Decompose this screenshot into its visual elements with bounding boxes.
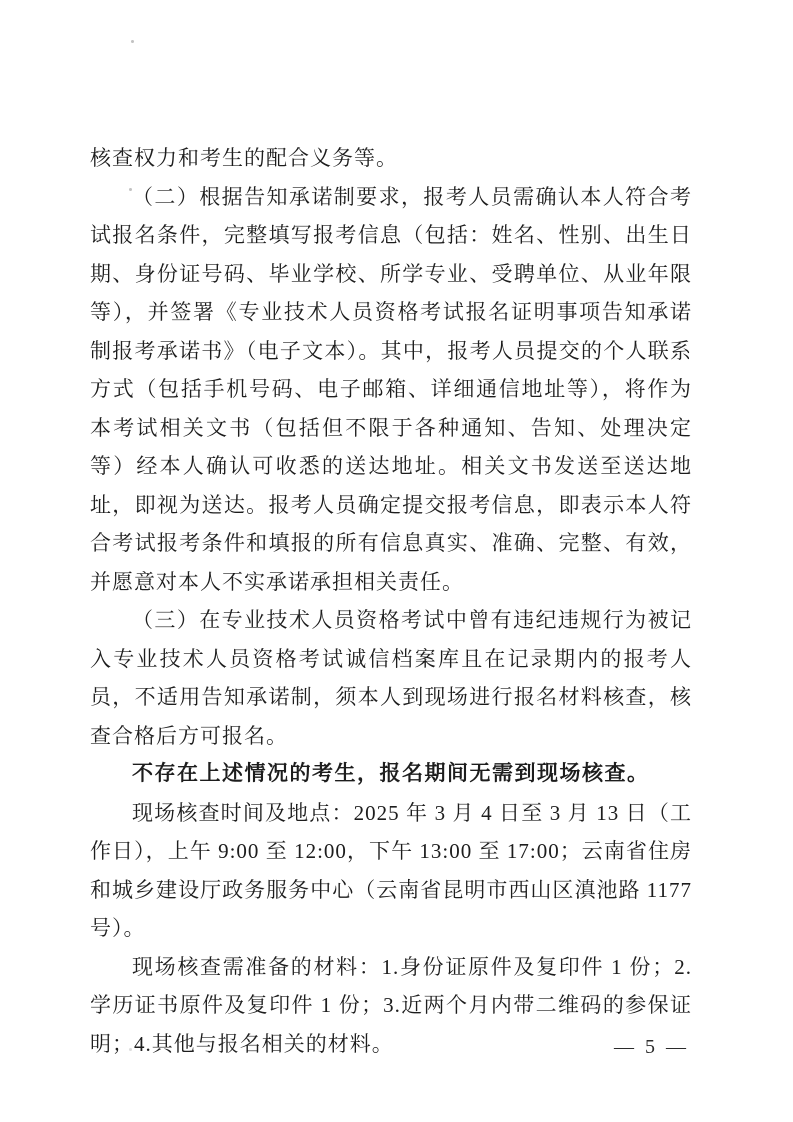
scan-speck (131, 40, 134, 43)
paragraph-item-3: （三）在专业技术人员资格考试中曾有违纪违规行为被记入专业技术人员资格考试诚信档案… (90, 601, 692, 755)
paragraph-continuation: 核查权力和考生的配合义务等。 (90, 139, 692, 178)
page-number: — 5 — (614, 1036, 689, 1059)
paragraph-required-materials: 现场核查需准备的材料：1.身份证原件及复印件 1 份；2.学历证书原件及复印件 … (90, 948, 692, 1064)
paragraph-onsite-check-time: 现场核查时间及地点：2025 年 3 月 4 日至 3 月 13 日（工作日），… (90, 794, 692, 948)
paragraph-item-2: （二）根据告知承诺制要求，报考人员需确认本人符合考试报名条件，完整填写报考信息（… (90, 178, 692, 602)
paragraph-bold-notice: 不存在上述情况的考生，报名期间无需到现场核查。 (90, 755, 692, 794)
document-page: 核查权力和考生的配合义务等。 （二）根据告知承诺制要求，报考人员需确认本人符合考… (0, 0, 793, 1122)
document-body: 核查权力和考生的配合义务等。 （二）根据告知承诺制要求，报考人员需确认本人符合考… (90, 139, 692, 1063)
